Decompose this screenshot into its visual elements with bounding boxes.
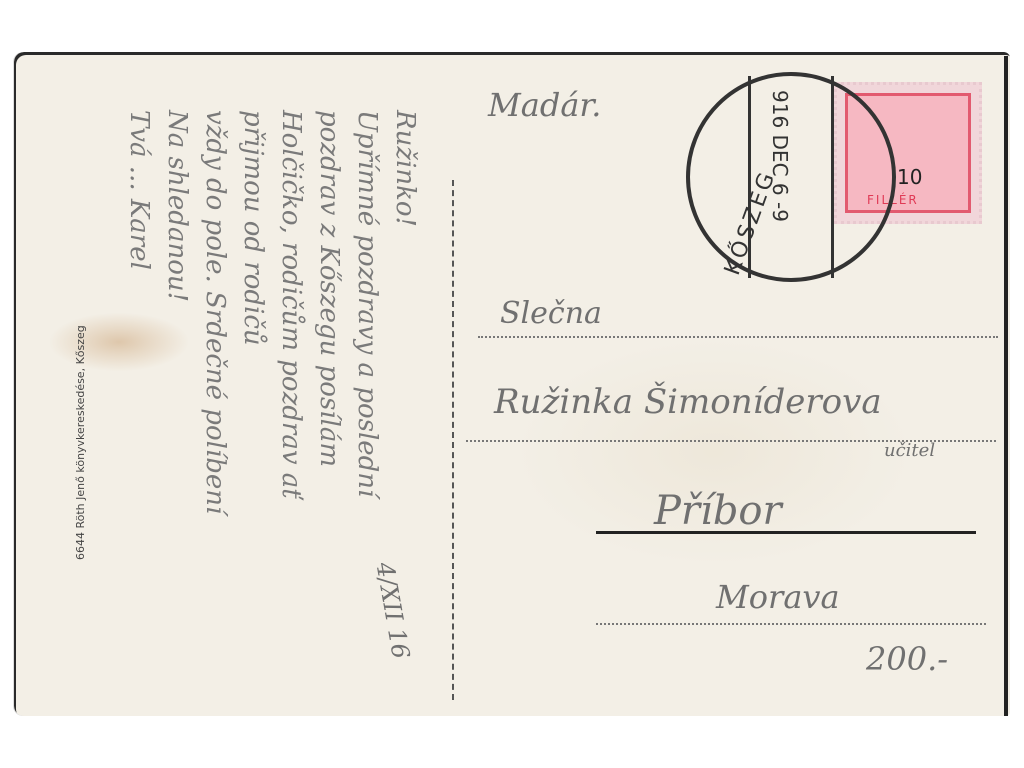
card-edge	[1004, 56, 1008, 716]
message-line: Na shledanou!	[154, 110, 192, 514]
address-title: učitel	[884, 440, 935, 461]
address-town: Příbor	[654, 488, 782, 534]
address-line	[596, 623, 986, 625]
message-line: vždy do pole. Srdečné políbení	[192, 110, 230, 514]
address-region: Morava	[716, 578, 840, 616]
message-line: pozdrav z Kőszegu posílám	[306, 110, 344, 514]
price-note: 200.-	[866, 640, 948, 678]
message-line: přijmou od rodičů	[230, 110, 268, 514]
address-name: Ružinka Šimoníderova	[494, 382, 882, 422]
message-line: Holčičko, rodičům pozdrav ať	[268, 110, 306, 514]
message-line: Ružinko!	[382, 110, 420, 514]
address-salutation: Slečna	[500, 296, 602, 331]
address-line	[478, 336, 998, 338]
handwritten-message: Ružinko! Upřímné pozdravy a poslední poz…	[116, 110, 420, 514]
address-underline	[596, 531, 976, 534]
message-line: Upřímné pozdravy a poslední	[344, 110, 382, 514]
stamp-value: 10	[897, 165, 922, 189]
postmark-date: 916 DEC 6 -9	[768, 90, 792, 222]
printer-imprint: 6644 Röth Jenő könyvkereskedése, Kőszeg	[74, 325, 87, 560]
center-divider	[452, 180, 454, 700]
message-line: Tvá ... Karel	[116, 110, 154, 514]
top-note: Madár.	[488, 86, 601, 124]
